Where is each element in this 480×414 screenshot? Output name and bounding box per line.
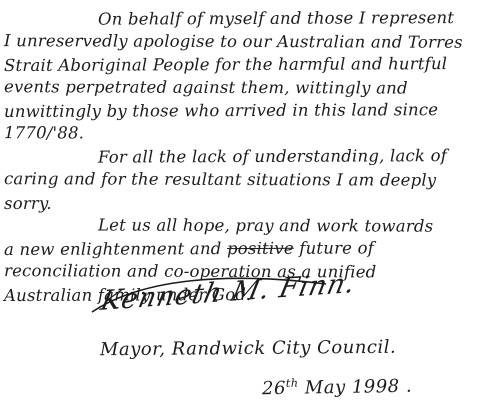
letter-line-segment: future of xyxy=(294,238,374,257)
letter-line: unwittingly by those who arrived in this… xyxy=(4,98,480,123)
letter-line-segment: a new enlightenment and xyxy=(4,239,227,259)
letter-line: Strait Aboriginal People for the harmful… xyxy=(4,52,480,77)
handwritten-letter: On behalf of myself and those I represen… xyxy=(0,0,480,414)
letter-line: On behalf of myself and those I represen… xyxy=(4,6,480,31)
letter-line: a new enlightenment and positive future … xyxy=(4,236,480,261)
letter-line: events perpetrated against them, witting… xyxy=(4,75,480,100)
letter-line: caring and for the resultant situations … xyxy=(4,167,480,192)
letter-date: 26th May 1998 . xyxy=(262,375,412,400)
letter-line: sorry. xyxy=(4,190,480,215)
letter-line: 1770/'88. xyxy=(4,121,480,146)
letter-line: For all the lack of understanding, lack … xyxy=(4,144,480,169)
date-ordinal-suffix: th xyxy=(286,377,299,390)
date-rest: May 1998 . xyxy=(298,376,412,399)
letter-body: On behalf of myself and those I represen… xyxy=(0,0,480,306)
crossed-out-word: positive xyxy=(227,239,294,258)
letter-line: I unreservedly apologise to our Australi… xyxy=(4,29,480,54)
signature-title: Mayor, Randwick City Council. xyxy=(100,337,396,361)
letter-line: Let us all hope, pray and work towards xyxy=(4,213,480,238)
date-day: 26 xyxy=(262,378,286,399)
